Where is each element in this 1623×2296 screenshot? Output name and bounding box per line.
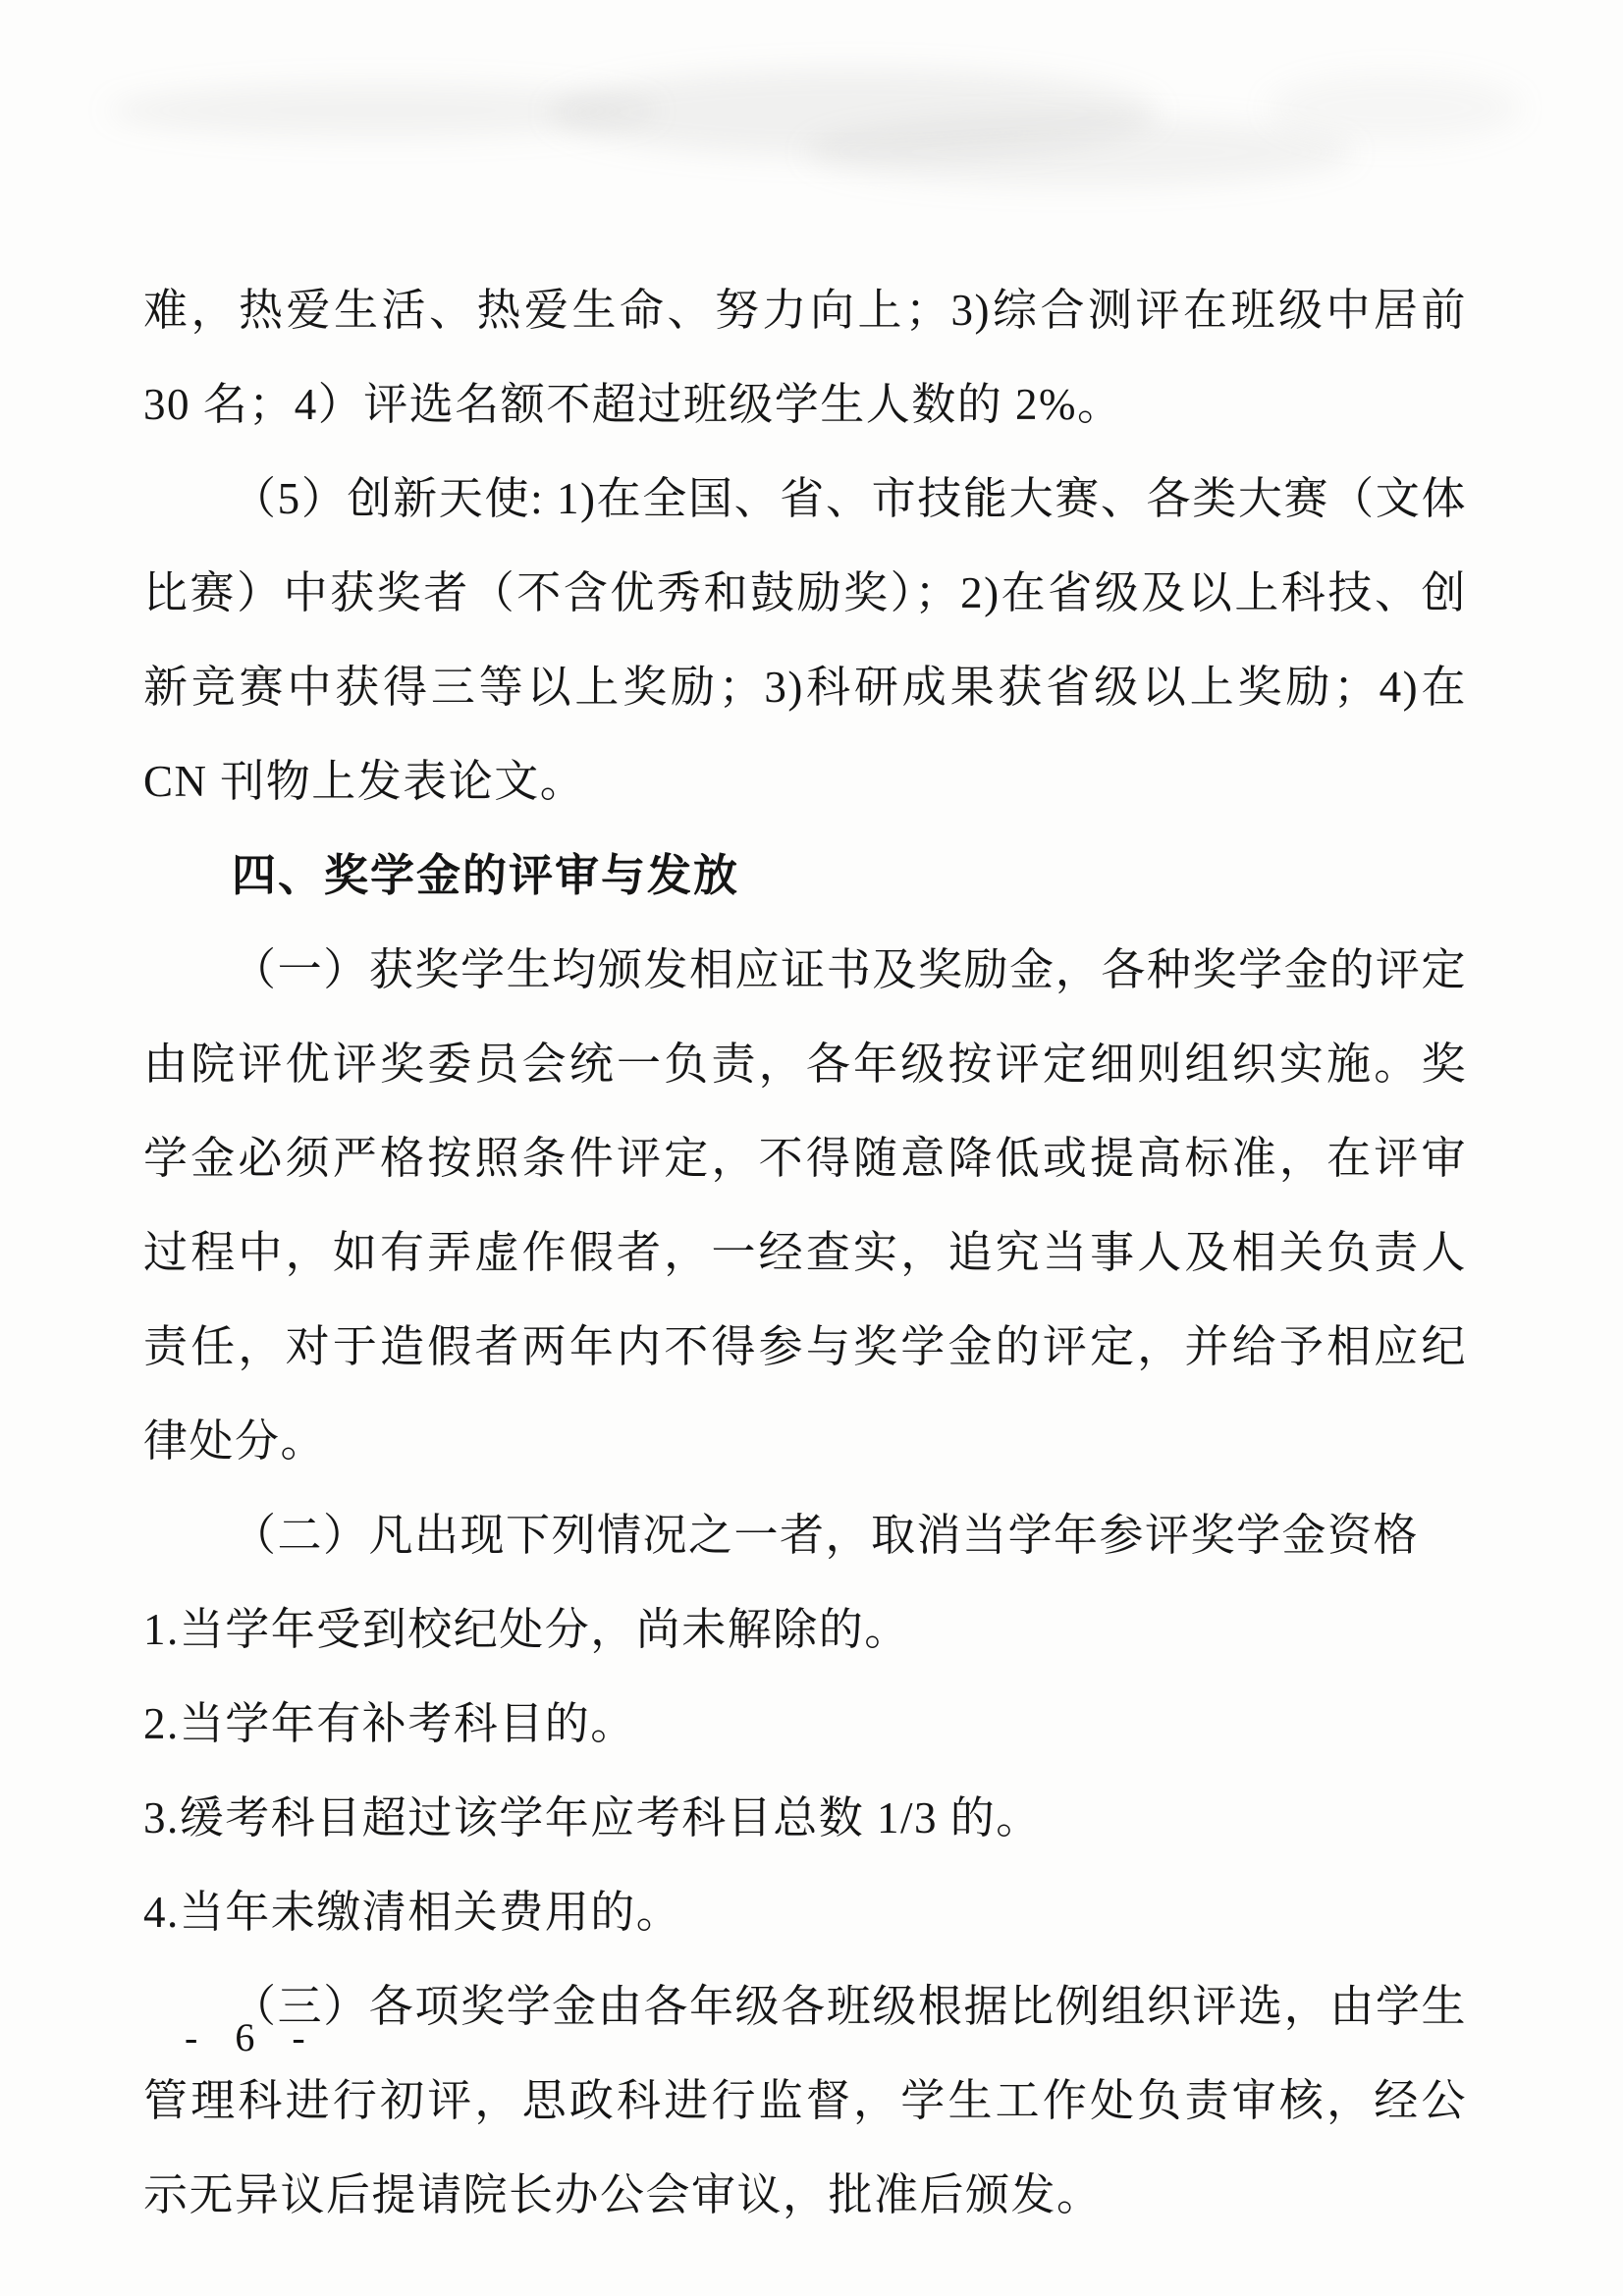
scan-artifact-smudge	[805, 118, 1355, 187]
scan-artifact-smudge	[108, 83, 658, 137]
scanned-document-page: 难，热爱生活、热爱生命、努力向上；3)综合测评在班级中居前 30 名；4）评选名…	[0, 0, 1623, 2296]
scan-artifact-smudge	[1267, 74, 1522, 142]
section-heading-4: 四、奖学金的评审与发放	[143, 828, 1467, 923]
paragraph-innovation-angel: （5）创新天使: 1)在全国、省、市技能大赛、各类大赛（文体比赛）中获奖者（不含…	[143, 452, 1467, 828]
page-number: - 6 -	[185, 2014, 319, 2060]
paragraph-item-2: （二）凡出现下列情况之一者，取消当学年参评奖学金资格	[143, 1488, 1467, 1582]
scan-artifact-smudge	[550, 69, 1159, 157]
paragraph-continuation: 难，热爱生活、热爱生命、努力向上；3)综合测评在班级中居前 30 名；4）评选名…	[143, 263, 1467, 452]
document-body: 难，热爱生活、热爱生命、努力向上；3)综合测评在班级中居前 30 名；4）评选名…	[143, 263, 1467, 2242]
list-item-2: 2.当学年有补考科目的。	[143, 1677, 1467, 1771]
list-item-4: 4.当年未缴清相关费用的。	[143, 1865, 1467, 1959]
paragraph-item-3: （三）各项奖学金由各年级各班级根据比例组织评选，由学生管理科进行初评，思政科进行…	[143, 1959, 1467, 2242]
list-item-1: 1.当学年受到校纪处分，尚未解除的。	[143, 1582, 1467, 1677]
paragraph-item-1: （一）获奖学生均颁发相应证书及奖励金，各种奖学金的评定由院评优评奖委员会统一负责…	[143, 923, 1467, 1488]
list-item-3: 3.缓考科目超过该学年应考科目总数 1/3 的。	[143, 1771, 1467, 1865]
